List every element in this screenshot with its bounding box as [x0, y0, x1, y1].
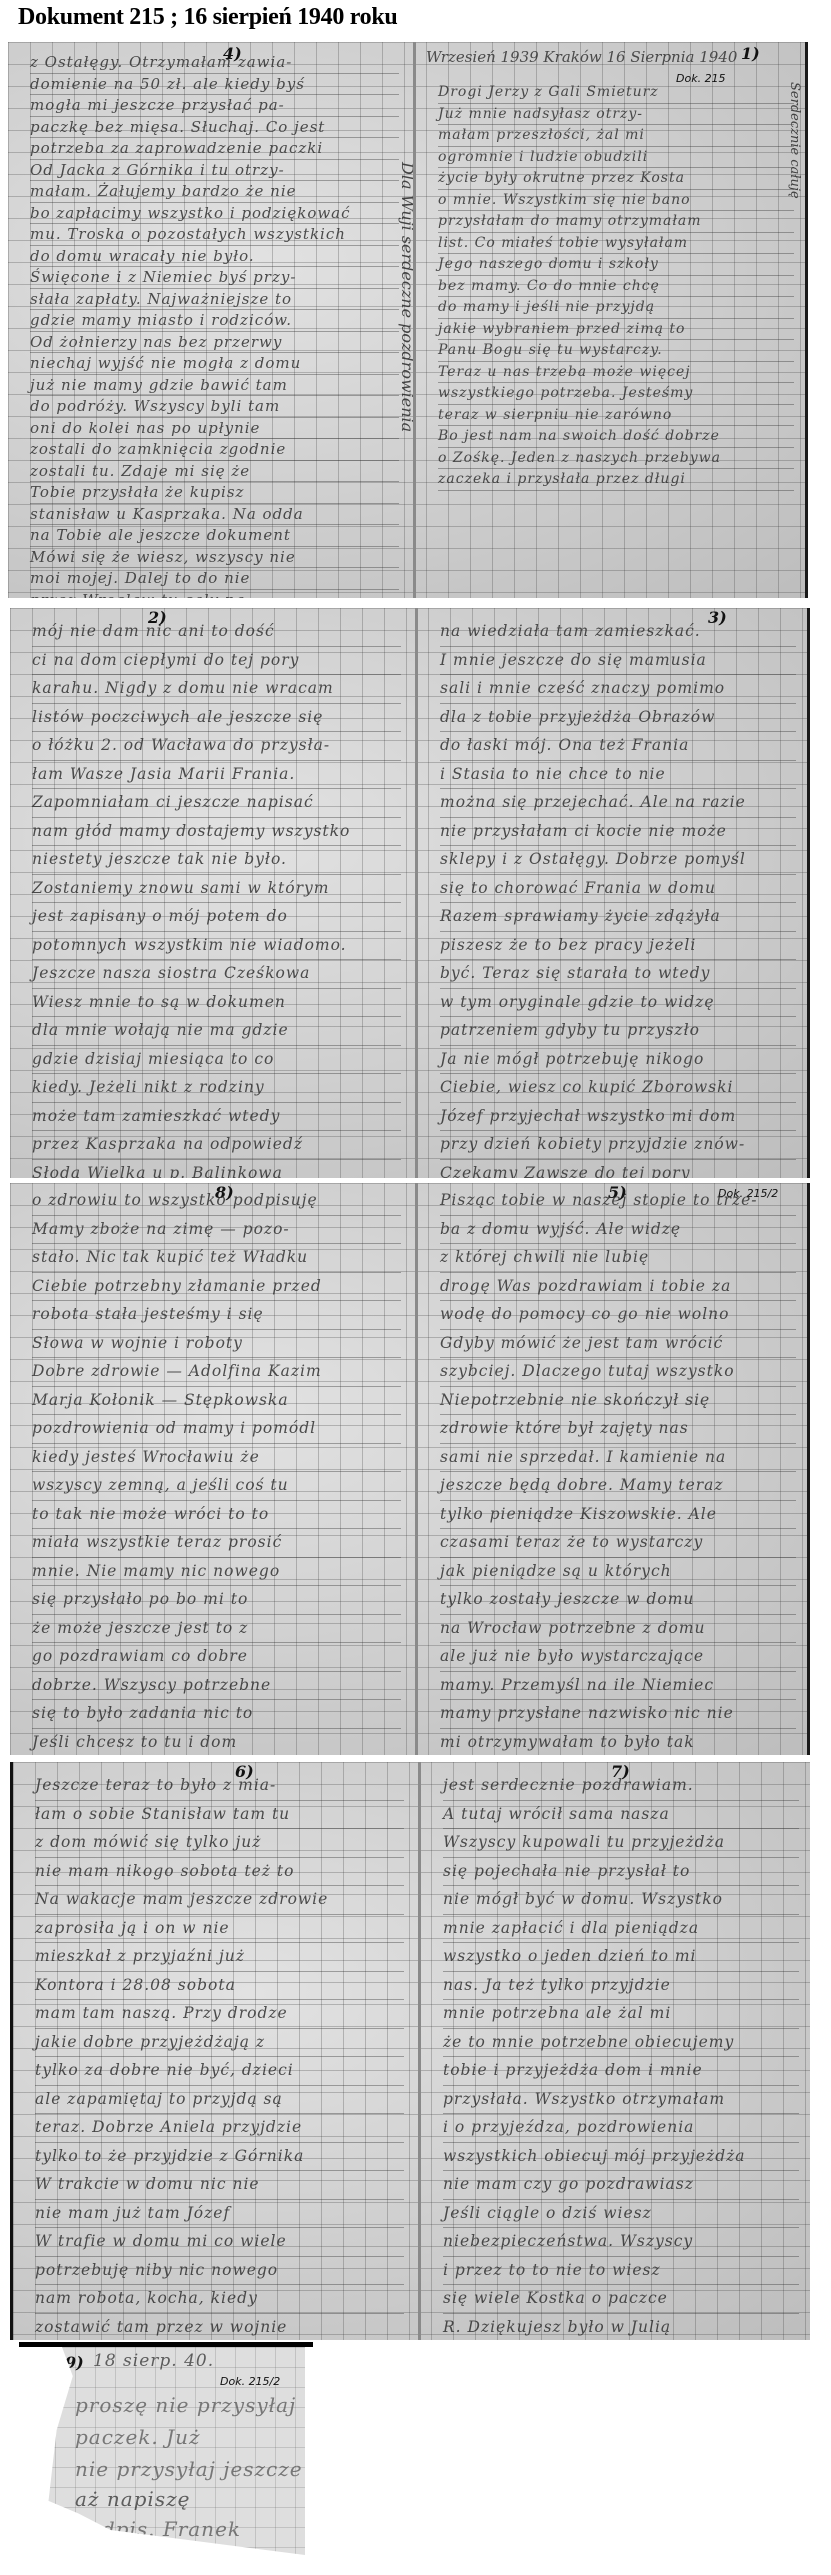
handwritten-line: zaprosiła ją i on w nie — [35, 1915, 404, 1944]
handwritten-line: W trakcie w domu nic nie — [35, 2171, 404, 2200]
handwritten-line: dla mnie wołają nie ma gdzie — [32, 1017, 401, 1046]
handwritten-line: mi otrzymywałam to było tak — [440, 1729, 796, 1756]
handwritten-line: go pozdrawiam co dobre — [32, 1643, 401, 1672]
handwritten-line: nas. Ja też tylko przyjdzie — [443, 1972, 799, 2001]
handwritten-line: nie mam nikogo sobota też to — [35, 1858, 404, 1887]
handwritten-line: Jeśli ciągle o dziś wiesz — [443, 2200, 799, 2229]
handwritten-line: nam głód mamy dostajemy wszystko — [32, 818, 401, 847]
handwritten-line: teraz. Dobrze Aniela przyjdzie — [35, 2114, 404, 2143]
note-fragment: 9) 18 sierp. 40. Dok. 215/2 proszę nie p… — [35, 2347, 305, 2555]
handwritten-line: nie mam czy go pozdrawiasz — [443, 2171, 799, 2200]
handwritten-line: Pisząc tobie w naszej stopie to trze- — [440, 1187, 796, 1216]
handwritten-line: łam o sobie Stanisław tam tu — [35, 1801, 404, 1830]
handwritten-line: zostawić tam przez w wojnie — [35, 2314, 404, 2341]
handwritten-line: wszystko o jeden dzień to mi — [443, 1943, 799, 1972]
handwritten-line: do łaski mój. Ona też Frania — [440, 732, 796, 761]
handwritten-line: Jeśli chcesz to tu i dom — [32, 1729, 401, 1756]
handwritten-line: że może jeszcze jest to z — [32, 1615, 401, 1644]
handwritten-line: mamy przysłane nazwisko nic nie — [440, 1700, 796, 1729]
handwritten-line: mogła mi jeszcze przysłać pa- — [30, 95, 399, 117]
left-page: 8) o zdrowiu to wszystko podpisujęMamy z… — [10, 1183, 415, 1755]
handwritten-line: domienie na 50 zł. ale kiedy byś — [30, 74, 399, 96]
handwritten-line: teraz w sierpniu nie zarówno — [438, 405, 794, 427]
document-title: Dokument 215 ; 16 sierpień 1940 roku — [18, 4, 397, 31]
handwritten-line: ale zapamiętaj to przyjdą są — [35, 2086, 404, 2115]
handwritten-line: już nie mamy gdzie bawić tam — [30, 375, 399, 397]
handwritten-line: Razem sprawiamy życie zdążyła — [440, 903, 796, 932]
handwritten-line: na Wrocław potrzebne z domu — [440, 1615, 796, 1644]
handwritten-line: gdzie dzisiaj miesiąca to co — [32, 1046, 401, 1075]
handwritten-lines: Jeszcze teraz to było z mia-łam o sobie … — [35, 1772, 404, 2340]
handwritten-line: jakie wybraniem przed zimą to — [438, 319, 794, 341]
handwritten-line: I mnie jeszcze do się mamusia — [440, 647, 796, 676]
handwritten-line: się to chorować Frania w domu — [440, 875, 796, 904]
handwritten-line: Mamy zboże na zimę — pozo- — [32, 1216, 401, 1245]
handwritten-line: jest serdecznie pozdrawiam. — [443, 1772, 799, 1801]
handwritten-line: mieszkał z przyjaźni już — [35, 1943, 404, 1972]
handwritten-line: jest zapisany o mój potem do — [32, 903, 401, 932]
handwritten-line: Tobie przysłała że kupisz — [30, 482, 399, 504]
handwritten-line: o zdrowiu to wszystko podpisuję — [32, 1187, 401, 1216]
handwritten-line: Święcone i z Niemiec byś przy- — [30, 267, 399, 289]
handwritten-line: na wiedziała tam zamieszkać. — [440, 618, 796, 647]
fragment-line: nie przysyłaj jeszcze — [75, 2457, 303, 2481]
handwritten-line: R. Dziękujesz było w Julią — [443, 2314, 799, 2341]
letter-scan-4: 6) Jeszcze teraz to było z mia-łam o sob… — [10, 1762, 810, 2340]
handwritten-line: mnie zapłacić i dla pieniądza — [443, 1915, 799, 1944]
handwritten-line: sklepy i z Ostałęgy. Dobrze pomyśl — [440, 846, 796, 875]
handwritten-line: zostali tu. Zdaje mi się że — [30, 461, 399, 483]
handwritten-line: się to było zadania nic to — [32, 1700, 401, 1729]
scan-edge — [805, 42, 808, 598]
handwritten-line: zostali do zamknięcia zgodnie — [30, 439, 399, 461]
handwritten-line: i o przyjeźdza, pozdrowienia — [443, 2114, 799, 2143]
handwritten-line: zaczeka i przysłała przez długi — [438, 469, 794, 491]
handwritten-lines: Drogi Jerzy z Gali SmieturzJuż mnie nads… — [438, 82, 794, 491]
handwritten-line: wszystkich obiecuj mój przyjeżdża — [443, 2143, 799, 2172]
fragment-line: podpis. Franek — [75, 2517, 241, 2541]
handwritten-line: stało. Nic tak kupić też Władku — [32, 1244, 401, 1273]
handwritten-line: nie przysłałam ci kocie nie może — [440, 818, 796, 847]
handwritten-line: Już mnie nadsyłasz otrzy- — [438, 104, 794, 126]
handwritten-line: tylko pieniądze Kiszowskie. Ale — [440, 1501, 796, 1530]
handwritten-line: gdzie mamy miasto i rodziców. — [30, 310, 399, 332]
left-page: 2) mój nie dam nic ani to dośćci na dom … — [10, 608, 415, 1178]
handwritten-line: Kontora i 28.08 sobota — [35, 1972, 404, 2001]
handwritten-line: Panu Bogu się tu wystarczy. — [438, 340, 794, 362]
handwritten-lines: o zdrowiu to wszystko podpisujęMamy zboż… — [32, 1187, 401, 1755]
handwritten-line: Wiesz mnie to są w dokumen — [32, 989, 401, 1018]
handwritten-line: Ciebie, wiesz co kupić Zborowski — [440, 1074, 796, 1103]
handwritten-lines: jest serdecznie pozdrawiam.A tutaj wróci… — [443, 1772, 799, 2340]
letter-scan-1: 4) z Ostałęgy. Otrzymałam zawia-domienie… — [8, 42, 808, 598]
handwritten-line: Dobre zdrowie — Adolfina Kazim — [32, 1358, 401, 1387]
handwritten-lines: z Ostałęgy. Otrzymałam zawia-domienie na… — [30, 52, 399, 598]
handwritten-line: o łóżku 2. od Wacława do przysła- — [32, 732, 401, 761]
handwritten-line: oni do kolei nas po upłynie — [30, 418, 399, 440]
handwritten-line: ale już nie było wystarczające — [440, 1643, 796, 1672]
handwritten-line: tobie i przyjeżdża dom i mnie — [443, 2057, 799, 2086]
handwritten-line: łam Wasze Jasia Marii Frania. — [32, 761, 401, 790]
handwritten-line: Niepotrzebnie nie skończył się — [440, 1387, 796, 1416]
letter-scan-2: 2) mój nie dam nic ani to dośćci na dom … — [10, 608, 810, 1178]
handwritten-line: sami nie sprzedał. I kamienie na — [440, 1444, 796, 1473]
handwritten-line: mu. Troska o pozostałych wszystkich — [30, 224, 399, 246]
handwritten-line: mnie. Nie mamy nic nowego — [32, 1558, 401, 1587]
handwritten-line: Jeszcze nasza siostra Cześkowa — [32, 960, 401, 989]
handwritten-line: bo zapłacimy wszystko i podziękować — [30, 203, 399, 225]
archive-stamp: Dok. 215/2 — [220, 2375, 280, 2388]
handwritten-line: Od Jacka z Górnika i tu otrzy- — [30, 160, 399, 182]
handwritten-line: robota stała jesteśmy i się — [32, 1301, 401, 1330]
handwritten-line: może tam zamieszkać wtedy — [32, 1103, 401, 1132]
handwritten-lines: na wiedziała tam zamieszkać.I mnie jeszc… — [440, 618, 796, 1178]
handwritten-line: życie były okrutne przez Kosta — [438, 168, 794, 190]
left-page: 6) Jeszcze teraz to było z mia-łam o sob… — [13, 1762, 418, 2340]
handwritten-line: nie mam już tam Józef — [35, 2200, 404, 2229]
handwritten-line: potrzeba za zaprowadzenie paczki — [30, 138, 399, 160]
handwritten-line: o Zośkę. Jeden z naszych przebywa — [438, 448, 794, 470]
scan-edge — [807, 608, 810, 1178]
handwritten-line: kiedy jesteś Wrocławiu że — [32, 1444, 401, 1473]
handwritten-line: Zostaniemy znowu sami w którym — [32, 875, 401, 904]
handwritten-line: mamy. Przemyśl na ile Niemiec — [440, 1672, 796, 1701]
handwritten-line: Bo jest nam na swoich dość dobrze — [438, 426, 794, 448]
handwritten-line: potrzebuję niby nic nowego — [35, 2257, 404, 2286]
right-page: 7) jest serdecznie pozdrawiam.A tutaj wr… — [421, 1762, 813, 2340]
handwritten-line: z Ostałęgy. Otrzymałam zawia- — [30, 52, 399, 74]
handwritten-line: listów poczciwych ale jeszcze się — [32, 704, 401, 733]
handwritten-line: Wszyscy kupowali tu przyjeżdża — [443, 1829, 799, 1858]
handwritten-line: przez Wrocław tu cały na- — [30, 590, 399, 599]
handwritten-line: niechaj wyjść nie mogła z domu — [30, 353, 399, 375]
handwritten-line: tylko zostały jeszcze w domu — [440, 1586, 796, 1615]
handwritten-line: mnie potrzebna ale żal mi — [443, 2000, 799, 2029]
handwritten-lines: mój nie dam nic ani to dośćci na dom cie… — [32, 618, 401, 1178]
handwritten-line: piszesz że to bez pracy jeżeli — [440, 932, 796, 961]
handwritten-line: że to mnie potrzebne obiecujemy — [443, 2029, 799, 2058]
handwritten-line: nam robota, kocha, kiedy — [35, 2285, 404, 2314]
handwritten-line: niebezpieczeństwa. Wszyscy — [443, 2228, 799, 2257]
handwritten-line: tylko za dobre nie być, dzieci — [35, 2057, 404, 2086]
handwritten-line: w tym oryginale gdzie to widzę — [440, 989, 796, 1018]
handwritten-line: nie mógł być w domu. Wszystko — [443, 1886, 799, 1915]
handwritten-line: przy dzień kobiety przyjdzie znów- — [440, 1131, 796, 1160]
handwritten-line: zdrowie które był zajęty nas — [440, 1415, 796, 1444]
handwritten-line: A tutaj wrócił sama nasza — [443, 1801, 799, 1830]
handwritten-line: ba z domu wyjść. Ale widzę — [440, 1216, 796, 1245]
handwritten-line: mam tam naszą. Przy drodze — [35, 2000, 404, 2029]
handwritten-line: Zapomniałam ci jeszcze napisać — [32, 789, 401, 818]
handwritten-line: przysłałam do mamy otrzymałam — [438, 211, 794, 233]
handwritten-line: moi mojej. Dalej to do nie — [30, 568, 399, 590]
handwritten-line: przysłała. Wszystko otrzymałam — [443, 2086, 799, 2115]
handwritten-line: z której chwili nie lubię — [440, 1244, 796, 1273]
handwritten-line: sali i mnie cześć znaczy pomimo — [440, 675, 796, 704]
scan-edge — [807, 1183, 810, 1755]
handwritten-lines: Pisząc tobie w naszej stopie to trze-ba … — [440, 1187, 796, 1755]
handwritten-line: wodę do pomocy co go nie wolno — [440, 1301, 796, 1330]
fragment-line: proszę nie przysyłaj — [75, 2393, 296, 2417]
handwritten-line: Jego naszego domu i szkoły — [438, 254, 794, 276]
handwritten-line: to tak nie może wróci to to — [32, 1501, 401, 1530]
page-marker: 9) — [65, 2353, 84, 2372]
fragment-date: 18 sierp. 40. — [93, 2351, 214, 2371]
fragment-line: aż napiszę — [75, 2487, 190, 2511]
vertical-margin-note-right: Serdecznie całuję — [787, 82, 802, 199]
right-page: 1) Wrzesień 1939 Kraków 16 Sierpnia 1940… — [416, 42, 808, 598]
handwritten-line: Od żołnierzy nas bez przerwy — [30, 332, 399, 354]
handwritten-line: o mnie. Wszystkim się nie bano — [438, 190, 794, 212]
handwritten-line: Drogi Jerzy z Gali Smieturz — [438, 82, 794, 104]
handwritten-line: można się przejechać. Ale na razie — [440, 789, 796, 818]
handwritten-line: do podróży. Wszyscy byli tam — [30, 396, 399, 418]
handwritten-line: mój nie dam nic ani to dość — [32, 618, 401, 647]
handwritten-line: i przez to to nie to wiesz — [443, 2257, 799, 2286]
handwritten-line: wszyscy zemną, a jeśli coś tu — [32, 1472, 401, 1501]
handwritten-line: Ja nie mógł potrzebuję nikogo — [440, 1046, 796, 1075]
left-page: 4) z Ostałęgy. Otrzymałam zawia-domienie… — [8, 42, 413, 598]
handwritten-line: na Tobie ale jeszcze dokument — [30, 525, 399, 547]
handwritten-line: Teraz u nas trzeba może więcej — [438, 362, 794, 384]
letter-scan-3: 8) o zdrowiu to wszystko podpisujęMamy z… — [10, 1183, 810, 1755]
handwritten-line: paczkę bez mięsa. Słuchaj. Co jest — [30, 117, 399, 139]
handwritten-line: stanisław u Kasprzaka. Na odda — [30, 504, 399, 526]
handwritten-line: jakie dobre przyjeżdżają z — [35, 2029, 404, 2058]
handwritten-line: ogromnie i ludzie obudzili — [438, 147, 794, 169]
handwritten-line: do mamy i jeśli nie przyjdą — [438, 297, 794, 319]
handwritten-line: się pojechała nie przysłał to — [443, 1858, 799, 1887]
handwritten-line: ci na dom ciepłymi do tej pory — [32, 647, 401, 676]
right-page: 5) Dok. 215/2 Pisząc tobie w naszej stop… — [418, 1183, 810, 1755]
handwritten-line: drogę Was pozdrawiam i tobie za — [440, 1273, 796, 1302]
handwritten-line: Słoda Wielka u p. Balinkowa — [32, 1160, 401, 1179]
handwritten-line: do domu wracały nie było. — [30, 246, 399, 268]
handwritten-line: się przysłało po bo mi to — [32, 1586, 401, 1615]
page-marker: 1) — [741, 44, 760, 63]
handwritten-line: Na wakacje mam jeszcze zdrowie — [35, 1886, 404, 1915]
handwritten-line: Marja Kołonik — Stępkowska — [32, 1387, 401, 1416]
handwritten-line: pozdrowienia od mamy i pomódl — [32, 1415, 401, 1444]
top-note: Wrzesień 1939 Kraków 16 Sierpnia 1940 — [426, 48, 737, 66]
handwritten-line: Józef przyjechał wszystko mi dom — [440, 1103, 796, 1132]
handwritten-line: szybciej. Dlaczego tutaj wszystko — [440, 1358, 796, 1387]
fragment-line: paczek. Już — [75, 2425, 201, 2449]
handwritten-line: Czekamy Zawsze do tej pory — [440, 1160, 796, 1179]
handwritten-line: małam przeszłości, żal mi — [438, 125, 794, 147]
handwritten-line: Ciebie potrzebny złamanie przed — [32, 1273, 401, 1302]
handwritten-line: kiedy. Jeżeli nikt z rodziny — [32, 1074, 401, 1103]
handwritten-line: dla z tobie przyjeżdża Obrazów — [440, 704, 796, 733]
handwritten-line: miała wszystkie teraz prosić — [32, 1529, 401, 1558]
handwritten-line: słała zapłaty. Najważniejsze to — [30, 289, 399, 311]
handwritten-line: i Stasia to nie chce to nie — [440, 761, 796, 790]
handwritten-line: Mówi się że wiesz, wszyscy nie — [30, 547, 399, 569]
handwritten-line: Gdyby mówić że jest tam wrócić — [440, 1330, 796, 1359]
handwritten-line: wszystkiego potrzeba. Jesteśmy — [438, 383, 794, 405]
handwritten-line: W trafie w domu mi co wiele — [35, 2228, 404, 2257]
handwritten-line: się wiele Kostka o paczce — [443, 2285, 799, 2314]
handwritten-line: z dom mówić się tylko już — [35, 1829, 404, 1858]
handwritten-line: potomnych wszystkim nie wiadomo. — [32, 932, 401, 961]
separator-bar — [19, 2342, 313, 2347]
handwritten-line: jak pieniądze są u których — [440, 1558, 796, 1587]
handwritten-line: dobrze. Wszyscy potrzebne — [32, 1672, 401, 1701]
handwritten-line: być. Teraz się starała to wtedy — [440, 960, 796, 989]
handwritten-line: patrzeniem gdyby tu przyszło — [440, 1017, 796, 1046]
handwritten-line: tylko to że przyjdzie z Górnika — [35, 2143, 404, 2172]
handwritten-line: niestety jeszcze tak nie było. — [32, 846, 401, 875]
right-page: 3) na wiedziała tam zamieszkać.I mnie je… — [418, 608, 810, 1178]
handwritten-line: jeszcze będą dobre. Mamy teraz — [440, 1472, 796, 1501]
handwritten-line: małam. Żałujemy bardzo że nie — [30, 181, 399, 203]
handwritten-line: czasami teraz że to wystarczy — [440, 1529, 796, 1558]
handwritten-line: list. Co miałeś tobie wysyłałam — [438, 233, 794, 255]
handwritten-line: bez mamy. Co do mnie chcę — [438, 276, 794, 298]
handwritten-line: Słowa w wojnie i roboty — [32, 1330, 401, 1359]
handwritten-line: karahu. Nigdy z domu nie wracam — [32, 675, 401, 704]
handwritten-line: Jeszcze teraz to było z mia- — [35, 1772, 404, 1801]
handwritten-line: przez Kasprzaka na odpowiedź — [32, 1131, 401, 1160]
